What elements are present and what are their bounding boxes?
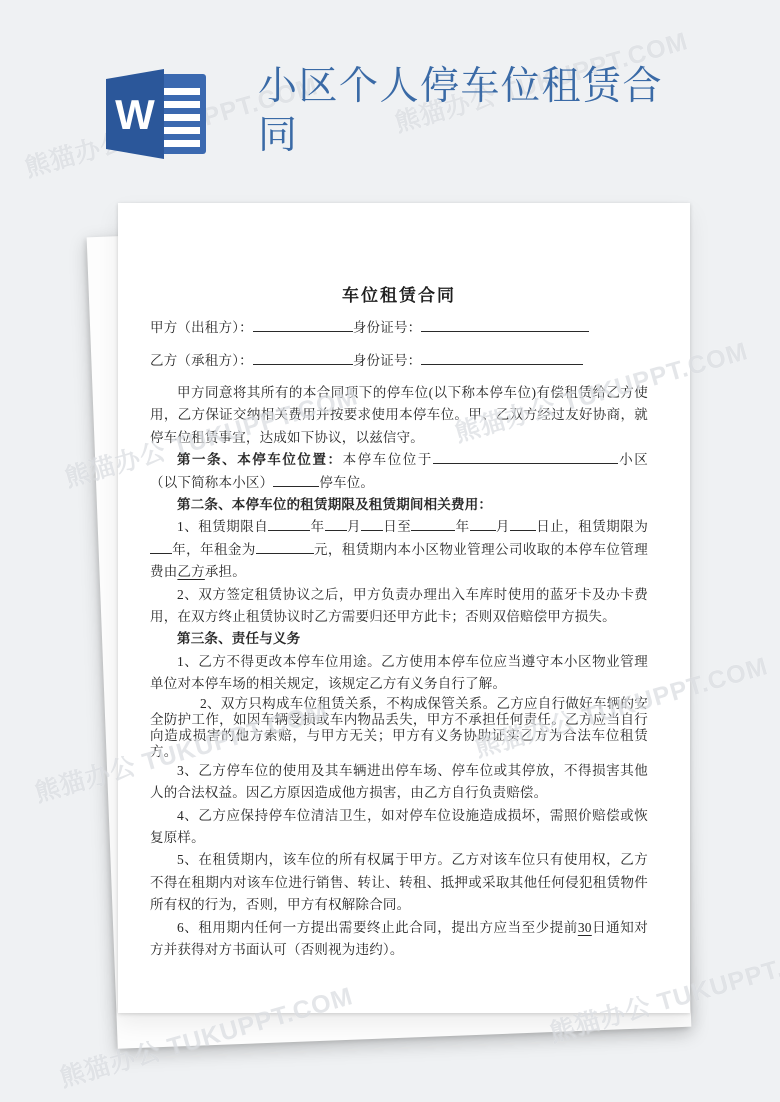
doc-text: 4、乙方应保持停车位清洁卫生，如对停车位设施造成损坏，需照价赔偿或恢复原样。 — [150, 808, 648, 845]
doc-text: 日止，租赁期限为 — [536, 519, 648, 534]
article-3-item-1: 1、乙方不得更改本停车位用途。乙方使用本停车位应当遵守本小区物业管理单位对本停车… — [150, 651, 648, 696]
doc-text: 5、在租赁期内，该车位的所有权属于甲方。乙方对该车位只有使用权，乙方不得在租期内… — [150, 852, 648, 912]
document-body: 甲方（出租方）：身份证号：乙方（承租方）：身份证号：甲方同意将其所有的本合同项下… — [150, 316, 648, 961]
fill-in-blank — [325, 517, 347, 532]
fill-in-blank — [253, 318, 353, 333]
page-title: 小区个人停车位租赁合同 — [258, 62, 694, 160]
article-3-item-4: 4、乙方应保持停车位清洁卫生，如对停车位设施造成损坏，需照价赔偿或恢复原样。 — [150, 805, 648, 850]
word-document-icon: W — [106, 66, 210, 162]
doc-text: 停车位。 — [319, 475, 374, 490]
article-2-heading: 第二条、本停车位的租赁期限及租赁期间相关费用： — [150, 494, 648, 516]
doc-text: 30 — [578, 920, 592, 935]
fill-in-blank — [273, 472, 319, 487]
article-3-heading: 第三条、责任与义务 — [150, 628, 648, 650]
doc-text: 甲方同意将其所有的本合同项下的停车位(以下称本停车位)有偿租赁给乙方使用，乙方保… — [150, 385, 648, 445]
fill-in-blank — [256, 539, 314, 554]
fill-in-blank — [411, 517, 455, 532]
doc-text: 第三条、责任与义务 — [177, 631, 300, 646]
fill-in-blank — [510, 517, 536, 532]
party-b-line: 乙方（承租方）：身份证号： — [150, 349, 648, 373]
doc-text: 6、租用期内任何一方提出需要终止此合同，提出方应当至少提前 — [177, 920, 578, 935]
doc-text: 年 — [310, 519, 324, 534]
doc-text: 月 — [347, 519, 361, 534]
article-3-item-6: 6、租用期内任何一方提出需要终止此合同，提出方应当至少提前30日通知对方并获得对… — [150, 917, 648, 962]
svg-text:W: W — [115, 91, 155, 138]
doc-text: 本停车位位于 — [343, 452, 433, 467]
doc-text: 1、乙方不得更改本停车位用途。乙方使用本停车位应当遵守本小区物业管理单位对本停车… — [150, 654, 648, 691]
doc-text: 甲方（出租方）： — [150, 320, 253, 335]
doc-text: 2、双方签定租赁协议之后，甲方负责办理出入车库时使用的蓝牙卡及办卡费用，在双方终… — [150, 587, 648, 624]
doc-text: 第一条、本停车位位置： — [177, 452, 343, 467]
fill-in-blank — [150, 539, 172, 554]
party-a-line: 甲方（出租方）：身份证号： — [150, 316, 648, 340]
fill-in-blank — [268, 517, 310, 532]
doc-text: 第二条、本停车位的租赁期限及租赁期间相关费用： — [177, 497, 492, 512]
doc-text: 乙方（承租方）： — [150, 353, 253, 368]
doc-text: 身份证号： — [353, 353, 422, 368]
article-3-item-5: 5、在租赁期内，该车位的所有权属于甲方。乙方对该车位只有使用权，乙方不得在租期内… — [150, 849, 648, 916]
fill-in-blank — [433, 450, 618, 465]
doc-text: 年 — [455, 519, 469, 534]
doc-text: 2、双方只构成车位租赁关系，不构成保管关系。乙方应自行做好车辆的安全防护工作，如… — [150, 696, 648, 759]
fill-in-blank — [361, 517, 383, 532]
doc-text: 身份证号： — [353, 320, 422, 335]
doc-text: 承担。 — [205, 564, 246, 579]
article-2-item-2: 2、双方签定租赁协议之后，甲方负责办理出入车库时使用的蓝牙卡及办卡费用，在双方终… — [150, 584, 648, 629]
intro-paragraph: 甲方同意将其所有的本合同项下的停车位(以下称本停车位)有偿租赁给乙方使用，乙方保… — [150, 382, 648, 449]
fill-in-blank — [421, 351, 583, 366]
page-header: W 小区个人停车位租赁合同 — [0, 0, 780, 180]
contract-title: 车位租赁合同 — [150, 281, 648, 306]
doc-text: 3、乙方停车位的使用及其车辆进出停车场、停车位或其停放，不得损害其他人的合法权益… — [150, 763, 648, 800]
document-page: 车位租赁合同 甲方（出租方）：身份证号：乙方（承租方）：身份证号：甲方同意将其所… — [118, 203, 690, 1013]
article-3-item-2: 2、双方只构成车位租赁关系，不构成保管关系。乙方应自行做好车辆的安全防护工作，如… — [150, 696, 648, 760]
fill-in-blank — [253, 351, 353, 366]
doc-text: 月 — [496, 519, 510, 534]
doc-text: 1、租赁期限自 — [177, 519, 268, 534]
article-3-item-3: 3、乙方停车位的使用及其车辆进出停车场、停车位或其停放，不得损害其他人的合法权益… — [150, 760, 648, 805]
article-1: 第一条、本停车位位置：本停车位位于小区（以下简称本小区）停车位。 — [150, 449, 648, 494]
doc-text: 日至 — [383, 519, 411, 534]
fill-in-blank — [421, 318, 589, 333]
doc-text: 乙方 — [177, 564, 204, 579]
fill-in-blank — [470, 517, 496, 532]
article-2-item-1: 1、租赁期限自年月日至年月日止，租赁期限为年，年租金为元，租赁期内本小区物业管理… — [150, 516, 648, 583]
doc-text: 年，年租金为 — [172, 542, 256, 557]
